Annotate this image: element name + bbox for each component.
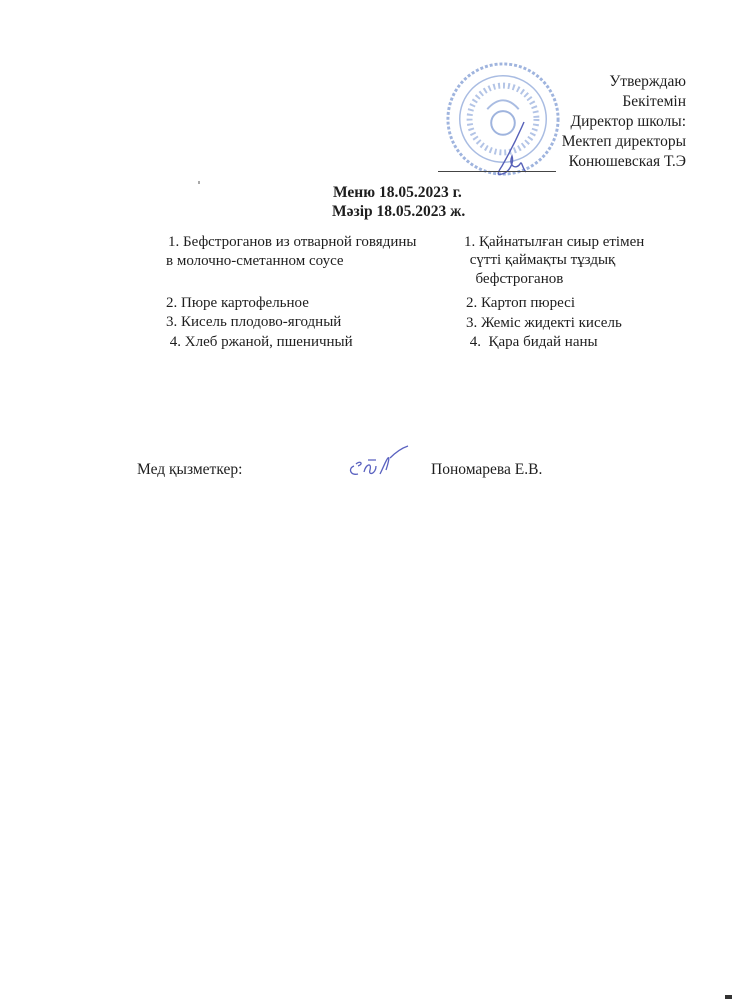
director-title-ru: Директор школы:: [571, 112, 686, 132]
menu-kz-item-3: 3. Жеміс жидекті кисель: [466, 314, 622, 333]
menu-ru-item-1-cont: в молочно-сметанном соусе: [166, 252, 344, 271]
menu-kz-item-4: 4. Қара бидай наны: [466, 333, 598, 352]
scan-mark: [725, 995, 732, 999]
scan-speck: [198, 181, 200, 184]
approve-kz: Бекітемін: [622, 92, 686, 112]
director-signature-line: [438, 171, 556, 172]
menu-kz-item-1-cont2: бефстроганов: [468, 270, 563, 289]
menu-title-kz: Мәзір 18.05.2023 ж.: [332, 202, 465, 222]
approve-ru: Утверждаю: [609, 72, 686, 92]
menu-kz-item-1-cont: сүтті қаймақты тұздық: [466, 251, 615, 270]
director-title-kz: Мектеп директоры: [562, 132, 686, 152]
menu-ru-item-2: 2. Пюре картофельное: [166, 294, 309, 313]
medical-worker-name: Пономарева Е.В.: [431, 460, 542, 479]
medical-worker-label: Мед қызметкер:: [137, 460, 242, 479]
medic-signature-icon: [346, 444, 410, 484]
menu-ru-item-4: 4. Хлеб ржаной, пшеничный: [166, 333, 353, 352]
menu-title-ru: Меню 18.05.2023 г.: [333, 183, 462, 203]
menu-kz-item-1: 1. Қайнатылған сиыр етімен: [464, 233, 644, 252]
menu-ru-item-3: 3. Кисель плодово-ягодный: [166, 313, 341, 332]
director-name: Конюшевская Т.Э: [569, 152, 686, 172]
menu-ru-item-1: 1. Бефстроганов из отварной говядины: [168, 233, 416, 252]
menu-kz-item-2: 2. Картоп пюресі: [466, 294, 575, 313]
